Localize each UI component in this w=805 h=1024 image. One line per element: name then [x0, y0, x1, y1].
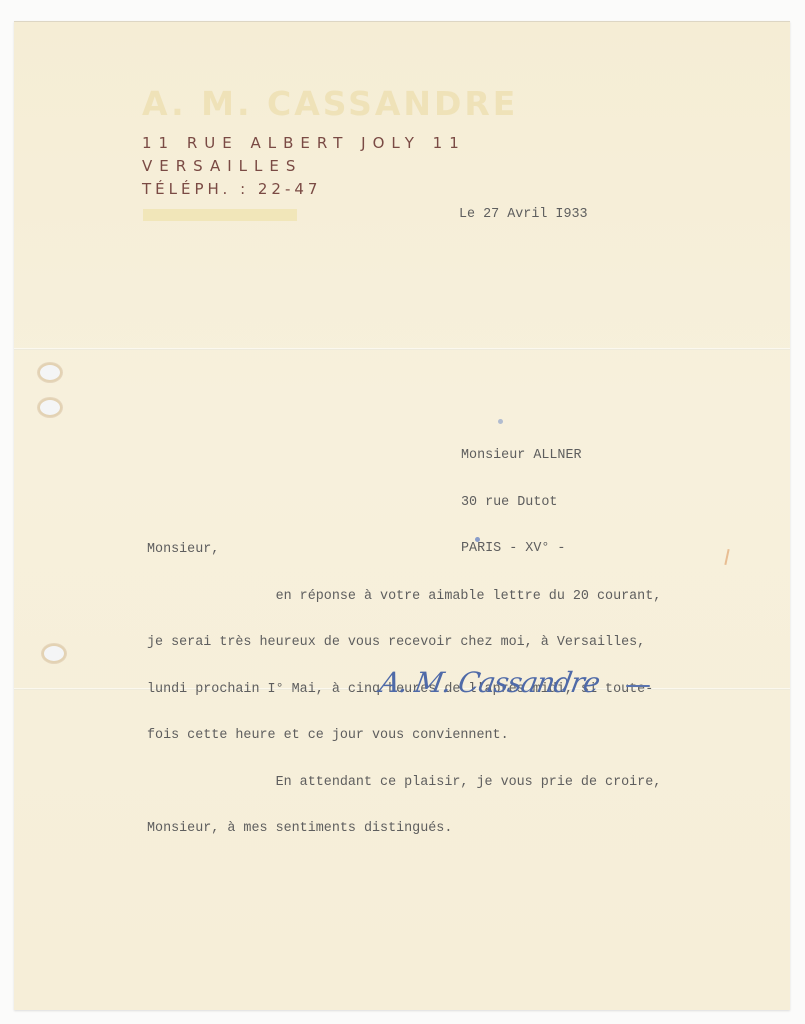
punch-hole [38, 363, 62, 382]
letterhead-brand: A. M. CASSANDRE [142, 84, 518, 123]
body-line: En attendant ce plaisir, je vous prie de… [147, 775, 661, 791]
letter-page: A. M. CASSANDRE 11 RUE ALBERT JOLY 11 VE… [14, 21, 790, 1010]
letterhead-stripe [143, 209, 297, 221]
signature-dash [626, 685, 650, 687]
recipient-street: 30 rue Dutot [461, 495, 582, 511]
punch-hole [42, 644, 66, 663]
body-line: fois cette heure et ce jour vous convien… [147, 728, 661, 744]
letter-date: Le 27 Avril I933 [459, 207, 588, 223]
ink-correction-mark [475, 537, 480, 542]
body-line: en réponse à votre aimable lettre du 20 … [147, 589, 661, 605]
letterhead-city: VERSAILLES [142, 157, 302, 175]
punch-hole [38, 398, 62, 417]
salutation: Monsieur, [147, 542, 661, 558]
letterhead-phone: TÉLÉPH. : 22-47 [142, 180, 321, 198]
body-line: je serai très heureux de vous recevoir c… [147, 635, 661, 651]
margin-pencil-mark [724, 549, 729, 565]
fold-line [14, 348, 790, 350]
recipient-name: Monsieur ALLNER [461, 448, 582, 464]
letterhead-address: 11 RUE ALBERT JOLY 11 [142, 134, 466, 152]
body-line: Monsieur, à mes sentiments distingués. [147, 821, 661, 837]
ink-correction-mark [498, 419, 503, 424]
handwritten-signature: A. M. Cassandre [377, 666, 602, 699]
